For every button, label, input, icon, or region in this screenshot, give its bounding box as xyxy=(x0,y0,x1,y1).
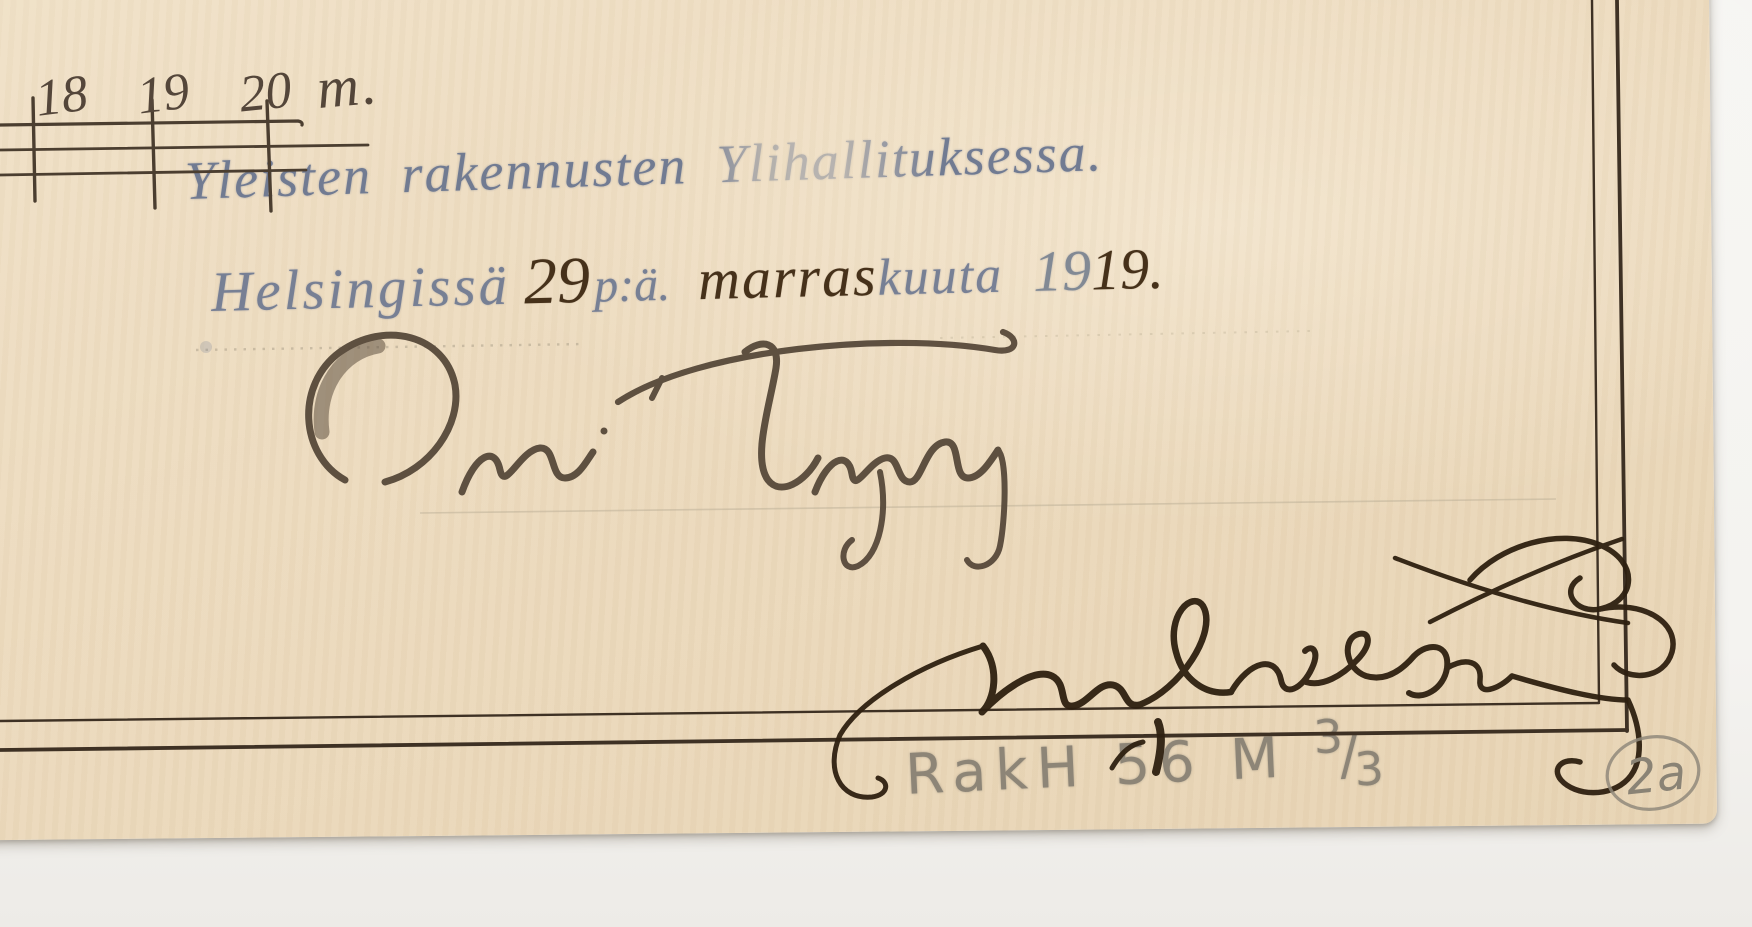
faint-dotted-rule-left xyxy=(196,344,585,350)
border-inner-vertical xyxy=(1592,0,1599,702)
sig1-letters-nni xyxy=(462,448,593,492)
sig2-letters-end xyxy=(1447,662,1512,690)
scale-line-middle xyxy=(0,145,368,150)
sig2-letters-aiter xyxy=(1231,634,1447,696)
stamp-smudge xyxy=(200,341,212,353)
sig2-l-loop xyxy=(1139,601,1231,705)
secondary-signature xyxy=(834,538,1673,797)
scale-unit-label: m. xyxy=(314,51,382,121)
scale-tick-label-20: 20 xyxy=(237,61,295,123)
scale-tick-label-19: 19 xyxy=(134,63,193,126)
sig1-T-crossbar xyxy=(618,332,1014,402)
primary-signature xyxy=(309,332,1015,567)
sig1-letters-arjanne xyxy=(815,442,998,492)
sig1-T-stem xyxy=(745,344,818,487)
border-inner-horizontal xyxy=(0,703,1599,721)
scale-tick-label-18: 18 xyxy=(32,65,91,128)
sig2-cross-stroke-down xyxy=(1395,558,1628,623)
faint-signature-rule xyxy=(420,499,1556,513)
scale-bar: 18 19 20 m. xyxy=(0,51,382,211)
sig2-letters-nw xyxy=(982,646,1139,712)
sig2-top-loop xyxy=(1470,538,1629,609)
sig1-letter-O xyxy=(309,335,456,482)
sig1-j-descender xyxy=(843,472,883,567)
scale-tick-18 xyxy=(33,98,35,201)
corner-mark-label: 2a xyxy=(1623,744,1688,806)
sig2-tick-small xyxy=(1112,742,1143,768)
faint-rules xyxy=(196,331,1556,513)
sig2-tick-blob xyxy=(1156,722,1161,772)
ink-artwork-layer: 18 19 20 m. xyxy=(0,0,1752,927)
scanned-document-scene: Yleisten rakennusten Ylihallituksessa. H… xyxy=(0,0,1752,927)
border-outer-horizontal xyxy=(0,730,1627,750)
sig2-y-descender xyxy=(1512,676,1639,793)
sig2-outer-loop xyxy=(1600,607,1673,675)
faint-dotted-rule-right xyxy=(940,331,1310,338)
sig1-i-dot xyxy=(601,428,608,435)
sig2-lead-loop xyxy=(834,646,983,797)
corner-mark: 2a xyxy=(1602,730,1704,816)
